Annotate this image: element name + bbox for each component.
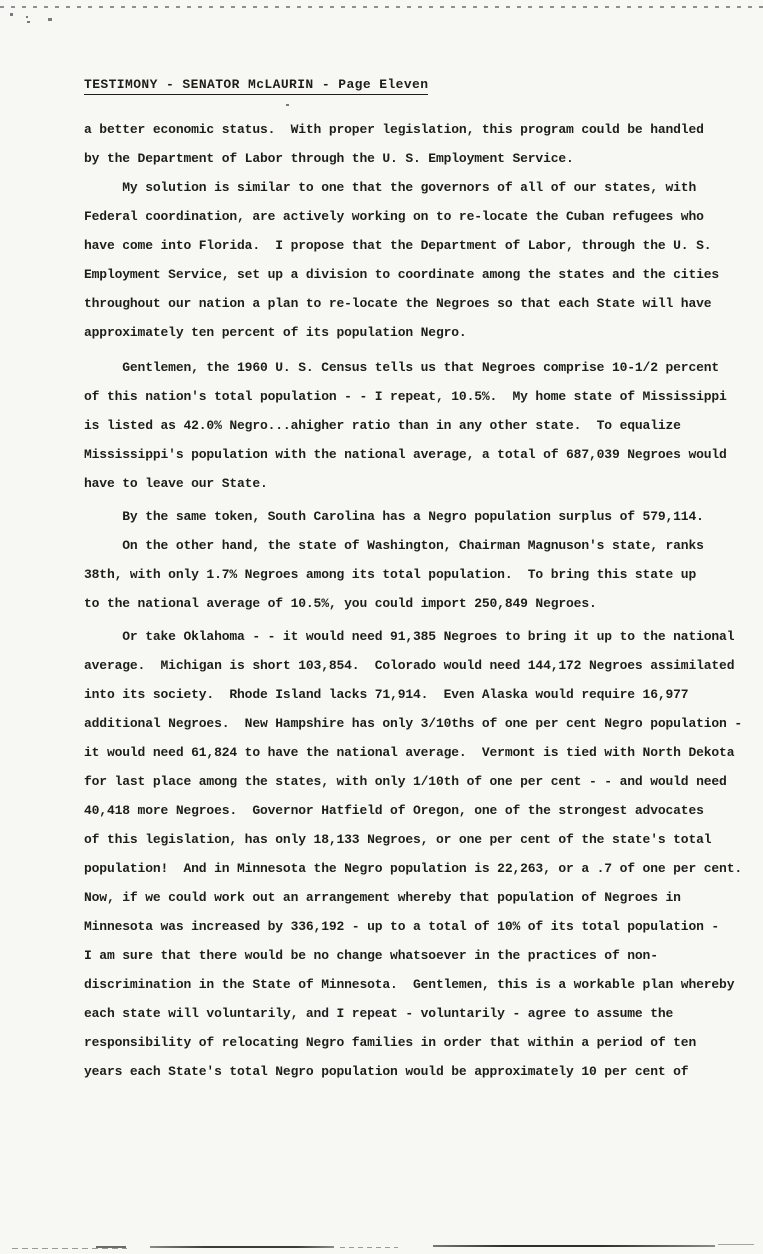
document-page: TESTIMONY - SENATOR McLAURIN - Page Elev… — [0, 0, 763, 1254]
text-line: into its society. Rhode Island lacks 71,… — [84, 680, 756, 709]
text-line: additional Negroes. New Hampshire has on… — [84, 709, 756, 738]
text-line: throughout our nation a plan to re-locat… — [84, 289, 756, 318]
scan-speck — [286, 104, 289, 106]
scan-edge-artifact — [96, 1246, 126, 1248]
paragraph: On the other hand, the state of Washingt… — [84, 531, 756, 618]
text-line: have come into Florida. I propose that t… — [84, 231, 756, 260]
paragraph: a better economic status. With proper le… — [84, 115, 756, 173]
text-line: By the same token, South Carolina has a … — [84, 502, 756, 531]
scan-edge-artifact — [12, 1248, 127, 1249]
text-line: Minnesota was increased by 336,192 - up … — [84, 912, 756, 941]
text-line: On the other hand, the state of Washingt… — [84, 531, 756, 560]
scan-speck — [26, 16, 28, 18]
scan-speck — [10, 13, 13, 16]
page-title: TESTIMONY - SENATOR McLAURIN - Page Elev… — [84, 77, 428, 95]
text-line: responsibility of relocating Negro famil… — [84, 1028, 756, 1057]
text-line: by the Department of Labor through the U… — [84, 144, 756, 173]
scan-speck — [48, 18, 52, 21]
document-body: a better economic status. With proper le… — [84, 115, 756, 1086]
scan-edge-artifact — [150, 1246, 334, 1248]
paragraph: Gentlemen, the 1960 U. S. Census tells u… — [84, 353, 756, 498]
text-line: have to leave our State. — [84, 469, 756, 498]
text-line: Or take Oklahoma - - it would need 91,38… — [84, 622, 756, 651]
paragraph: Or take Oklahoma - - it would need 91,38… — [84, 622, 756, 1086]
scan-speck — [27, 21, 30, 23]
text-line: it would need 61,824 to have the nationa… — [84, 738, 756, 767]
scan-edge-artifact — [718, 1244, 754, 1245]
scan-edge-artifact — [340, 1247, 398, 1248]
perforation-dots — [0, 6, 763, 8]
scan-edge-artifact — [433, 1245, 715, 1247]
text-line: for last place among the states, with on… — [84, 767, 756, 796]
paragraph: By the same token, South Carolina has a … — [84, 502, 756, 531]
text-line: is listed as 42.0% Negro...ahigher ratio… — [84, 411, 756, 440]
text-line: average. Michigan is short 103,854. Colo… — [84, 651, 756, 680]
text-line: to the national average of 10.5%, you co… — [84, 589, 756, 618]
text-line: of this legislation, has only 18,133 Neg… — [84, 825, 756, 854]
text-line: approximately ten percent of its populat… — [84, 318, 756, 347]
text-line: Mississippi's population with the nation… — [84, 440, 756, 469]
text-line: of this nation's total population - - I … — [84, 382, 756, 411]
text-line: years each State's total Negro populatio… — [84, 1057, 756, 1086]
text-line: Gentlemen, the 1960 U. S. Census tells u… — [84, 353, 756, 382]
text-line: each state will voluntarily, and I repea… — [84, 999, 756, 1028]
text-line: I am sure that there would be no change … — [84, 941, 756, 970]
paragraph: My solution is similar to one that the g… — [84, 173, 756, 347]
text-line: Employment Service, set up a division to… — [84, 260, 756, 289]
text-line: 38th, with only 1.7% Negroes among its t… — [84, 560, 756, 589]
text-line: My solution is similar to one that the g… — [84, 173, 756, 202]
text-line: a better economic status. With proper le… — [84, 115, 756, 144]
text-line: Now, if we could work out an arrangement… — [84, 883, 756, 912]
text-line: discrimination in the State of Minnesota… — [84, 970, 756, 999]
text-line: population! And in Minnesota the Negro p… — [84, 854, 756, 883]
text-line: 40,418 more Negroes. Governor Hatfield o… — [84, 796, 756, 825]
text-line: Federal coordination, are actively worki… — [84, 202, 756, 231]
